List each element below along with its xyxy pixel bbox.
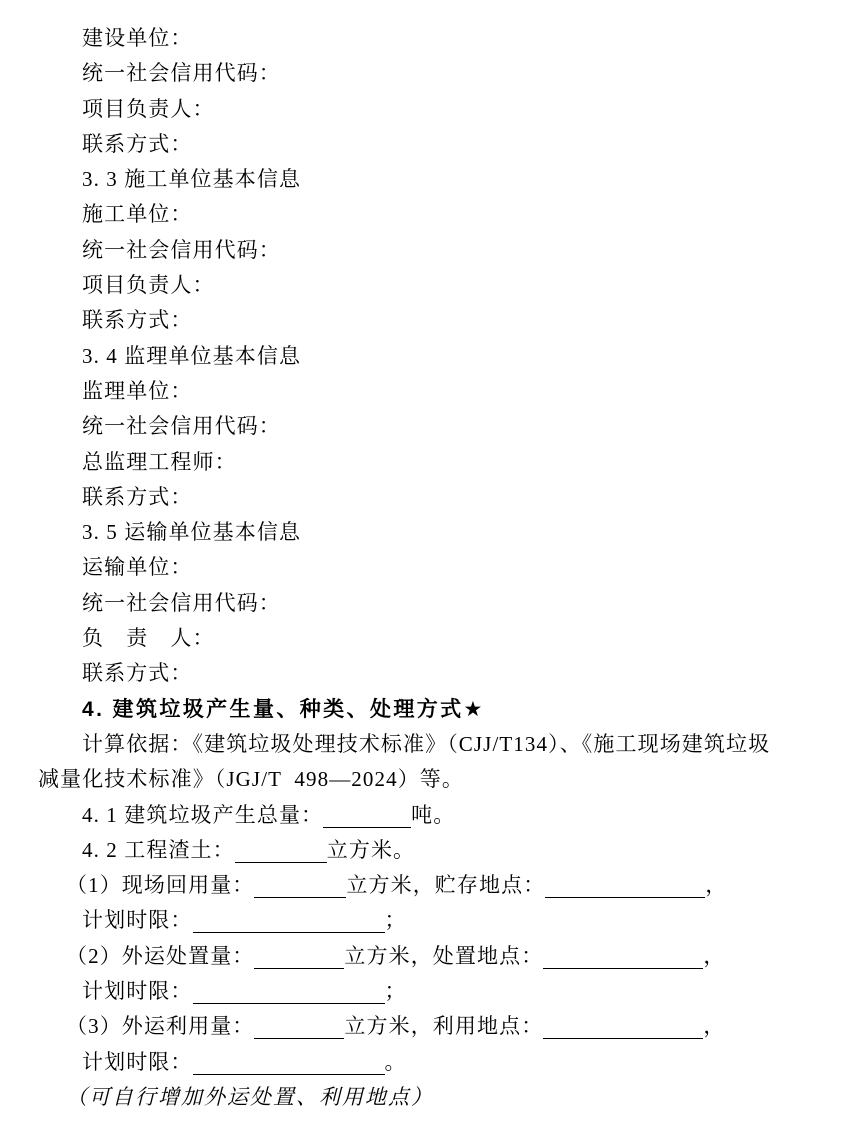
blank-field — [254, 1014, 344, 1039]
text-segment: 联系方式： — [82, 132, 193, 156]
contractor-unit-label: 施工单位： — [38, 197, 806, 232]
text-segment: 统一社会信用代码： — [82, 591, 281, 615]
text-segment: （可自行增加外运处置、利用地点） — [66, 1085, 434, 1109]
supervision-unit-label: 监理单位： — [38, 374, 806, 409]
blank-field — [254, 944, 344, 969]
text-segment: 立方米，处置地点： — [344, 944, 543, 968]
contractor-project-leader-label: 项目负责人： — [38, 268, 806, 303]
text-segment: 4. 建筑垃圾产生量、种类、处理方式★ — [82, 698, 485, 721]
note-add-locations-line: （可自行增加外运处置、利用地点） — [38, 1080, 806, 1115]
text-segment: 减量化技术标准》（JGJ/T 498—2024）等。 — [38, 767, 464, 791]
outbound-utilization-line: （3）外运利用量：立方米，利用地点：， — [38, 1009, 806, 1044]
text-segment: （1）现场回用量： — [66, 873, 254, 897]
onsite-reuse-time-line: 计划时限：； — [38, 903, 806, 938]
text-segment: 运输单位： — [82, 555, 193, 579]
contractor-contact-label: 联系方式： — [38, 303, 806, 338]
text-segment: 计划时限： — [82, 979, 193, 1003]
calculation-basis-line-2: 减量化技术标准》（JGJ/T 498—2024）等。 — [38, 762, 806, 797]
text-segment: 联系方式： — [82, 485, 193, 509]
blank-field — [543, 1014, 703, 1039]
text-segment: 吨。 — [411, 803, 455, 827]
text-segment: 统一社会信用代码： — [82, 414, 281, 438]
text-segment: 统一社会信用代码： — [82, 61, 281, 85]
blank-field — [545, 873, 705, 898]
total-waste-line: 4. 1 建筑垃圾产生总量：吨。 — [38, 798, 806, 833]
chief-supervision-engineer-label: 总监理工程师： — [38, 445, 806, 480]
text-segment: ， — [705, 873, 727, 897]
text-segment: 立方米，贮存地点： — [346, 873, 545, 897]
owner-unit-label: 建设单位： — [38, 21, 806, 56]
contractor-credit-code-label: 统一社会信用代码： — [38, 233, 806, 268]
transport-credit-code-label: 统一社会信用代码： — [38, 586, 806, 621]
text-segment: 3. 3 施工单位基本信息 — [82, 167, 301, 191]
owner-credit-code-label: 统一社会信用代码： — [38, 56, 806, 91]
text-segment: 计划时限： — [82, 908, 193, 932]
section-4-heading: 4. 建筑垃圾产生量、种类、处理方式★ — [38, 692, 806, 727]
text-segment: 总监理工程师： — [82, 450, 237, 474]
calculation-basis-line-1: 计算依据：《建筑垃圾处理技术标准》（CJJ/T134）、《施工现场建筑垃圾 — [38, 727, 806, 762]
outbound-disposal-time-line: 计划时限：； — [38, 974, 806, 1009]
text-segment: 监理单位： — [82, 379, 193, 403]
text-segment: （2）外运处置量： — [66, 944, 254, 968]
text-segment: 建设单位： — [82, 26, 193, 50]
transport-contact-label: 联系方式： — [38, 656, 806, 691]
text-segment: 计算依据：《建筑垃圾处理技术标准》（CJJ/T134）、《施工现场建筑垃圾 — [82, 732, 770, 756]
blank-field — [254, 873, 346, 898]
outbound-utilization-time-line: 计划时限：。 — [38, 1045, 806, 1080]
text-segment: 计划时限： — [82, 1050, 193, 1074]
section-3-4-heading: 3. 4 监理单位基本信息 — [38, 339, 806, 374]
text-segment: 统一社会信用代码： — [82, 238, 281, 262]
text-segment: 立方米，利用地点： — [344, 1014, 543, 1038]
spoil-line: 4. 2 工程渣土：立方米。 — [38, 833, 806, 868]
blank-field — [193, 1050, 385, 1075]
text-segment: ； — [385, 979, 407, 1003]
blank-field — [193, 908, 385, 933]
text-segment: 联系方式： — [82, 661, 193, 685]
transport-leader-label: 负 责 人： — [38, 621, 806, 656]
onsite-reuse-line: （1）现场回用量：立方米，贮存地点：， — [38, 868, 806, 903]
blank-field — [193, 979, 385, 1004]
text-segment: 联系方式： — [82, 308, 193, 332]
text-segment: 负 责 人： — [82, 626, 215, 650]
owner-contact-label: 联系方式： — [38, 127, 806, 162]
blank-field — [323, 803, 411, 828]
supervision-contact-label: 联系方式： — [38, 480, 806, 515]
text-segment: 3. 4 监理单位基本信息 — [82, 344, 301, 368]
blank-field — [543, 944, 703, 969]
text-segment: ， — [703, 1014, 725, 1038]
text-segment: 。 — [385, 1050, 407, 1074]
outbound-disposal-line: （2）外运处置量：立方米，处置地点：， — [38, 939, 806, 974]
section-3-5-heading: 3. 5 运输单位基本信息 — [38, 515, 806, 550]
text-segment: 施工单位： — [82, 202, 193, 226]
text-segment: 4. 1 建筑垃圾产生总量： — [82, 803, 323, 827]
text-segment: ， — [703, 944, 725, 968]
section-3-3-heading: 3. 3 施工单位基本信息 — [38, 162, 806, 197]
transport-unit-label: 运输单位： — [38, 550, 806, 585]
text-segment: ； — [385, 908, 407, 932]
text-segment: 4. 2 工程渣土： — [82, 838, 235, 862]
blank-field — [235, 838, 327, 863]
text-segment: 项目负责人： — [82, 273, 215, 297]
text-segment: 3. 5 运输单位基本信息 — [82, 520, 301, 544]
owner-project-leader-label: 项目负责人： — [38, 92, 806, 127]
text-segment: 项目负责人： — [82, 97, 215, 121]
document-page: 建设单位：统一社会信用代码：项目负责人：联系方式：3. 3 施工单位基本信息施工… — [0, 0, 846, 1132]
text-segment: （3）外运利用量： — [66, 1014, 254, 1038]
supervision-credit-code-label: 统一社会信用代码： — [38, 409, 806, 444]
text-segment: 立方米。 — [327, 838, 415, 862]
